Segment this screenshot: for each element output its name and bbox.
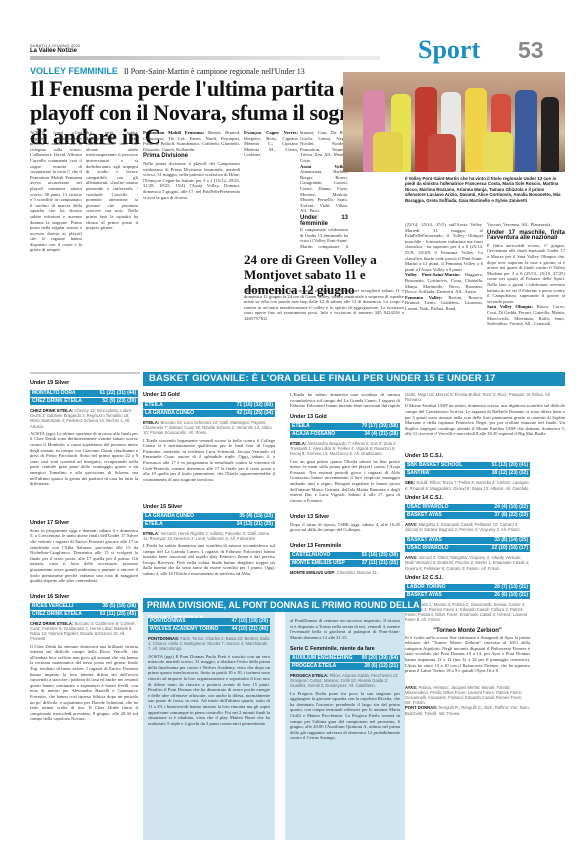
article-text: Il Chez Drink ha ottenuto domenica una b… — [30, 644, 138, 774]
team-score: 34 (4) (21) (28) — [364, 431, 398, 438]
team-name: ACAJA FOSSANO — [292, 431, 335, 438]
scoreboard-u15-csi: SBK BASKET SCHOOL51 (13) (20) (41) SANTH… — [405, 462, 530, 477]
league-heading: Under 13 Femminile — [290, 543, 400, 549]
scoreboard-u19: MONTALTO DORA61 (22) (31) (44) CHEZ DRIN… — [30, 390, 138, 405]
team-score: 35 (4) (15) (23) — [239, 513, 273, 520]
roster-head: Pramotton Mobili Fenusma: — [143, 130, 204, 135]
article-text: Dopo il turno di riposo, l'SBK oggi, sab… — [290, 522, 400, 540]
roster-text: Borgetto, Boris, Cignano Menetta C., Cip… — [244, 136, 298, 158]
score-row: LA GRANDA CUNEO35 (4) (15) (23) — [143, 513, 275, 520]
section-title: Sport — [418, 35, 480, 65]
roster-text: Alessandro Bragardo 7; Alfonsi 2; Duc 8;… — [290, 441, 397, 456]
score-row: PONTDONNAS47 (10) (19) (29) — [148, 618, 270, 625]
score-row: LA GRANDA CUNEO42 (10) (25) (34) — [143, 410, 275, 417]
article-text: L'Eteila ha subito domenica una sconfitt… — [290, 392, 400, 410]
team-photo — [343, 72, 565, 172]
roster-text: Jaccod 2; Obert; Margotta; Vicquery 4; A… — [405, 555, 529, 570]
team-name: BASKET AYAS — [407, 512, 442, 519]
masthead-paper-name: La Vallée Notizie — [30, 48, 77, 54]
team-name: LABOR TORINO — [407, 584, 446, 591]
league-heading: Under 15 C.S.I. — [405, 453, 565, 459]
team-score: 38 (5) (16) (28) — [102, 603, 136, 610]
scoreboard-u12-csi: LABOR TORINO28 (7) (13) (21) BASKET AYAS… — [405, 584, 530, 599]
team-name: LA GRANDA CUNEO — [145, 410, 194, 417]
team-name: RICES VERCELLI — [32, 603, 73, 610]
team-name: ETEILA — [145, 402, 163, 409]
team-score: 47 (10) (19) (29) — [232, 618, 268, 625]
team-name: CASTELNUOVO — [292, 552, 330, 559]
roster-text: binazzi, Cout, Da Ros, Girola, Lamat, Ne… — [300, 130, 348, 164]
roster-text: Annunziata, Barbier, Borgis, Borno, Casa… — [300, 169, 348, 213]
article-text: Si è svolta nello scorso fine settimana … — [405, 635, 530, 685]
team-name: CHEZ DRINK ETEILA — [32, 398, 82, 405]
score-row: PROGECA ETEILA28 (6) (12) (21) — [290, 663, 400, 670]
roster-head: Volley Pont-Saint-Martin: — [405, 272, 460, 277]
roster: MONTE EMILIUS UISP: Chimonto; Marone 11; — [290, 570, 400, 575]
scoreboard-u16: RICES VERCELLI38 (5) (16) (28) CHEZ DRIN… — [30, 603, 138, 618]
team-score: 33 (8) (14) (25) — [494, 537, 528, 544]
score-row: CHEZ DRINK ETEILA63 (11) (25) (45) — [30, 611, 138, 618]
article-text: Vaccari, Veronesi. All.: Planezzola. — [487, 222, 565, 228]
article-column-2: dra, però, subito definitivamente dei ri… — [86, 130, 138, 370]
score-row: CASTELNUOVO55 (16) (25) (38) — [290, 552, 400, 559]
league-heading: Under 17 Silver — [30, 520, 138, 526]
league-heading: Under 15 Silver — [143, 504, 275, 510]
article-text: L'Eteila vincendo largamente venerdì sco… — [143, 438, 275, 500]
article-text: Con un gran primo quarto l'Eteila sabato… — [290, 459, 400, 511]
article-column-3: Pramotton Mobili Fenusma: Beneti, Brunod… — [143, 130, 240, 250]
score-row: BASKET AYAS37 (8) (22) (23) — [405, 512, 530, 519]
subsection-heading: Under 17 maschile, finita l'avventura al… — [487, 231, 565, 242]
article-kicker: VOLLEY FEMMINILE Il Pont-Saint-Martin è … — [30, 66, 305, 76]
scoreboard-prima-divisione: PONTDONNAS47 (10) (19) (29) WOLVES ACADE… — [148, 618, 270, 633]
team-score: 52 (9) (23) (39) — [102, 398, 136, 405]
roster-head: Fenusma Volley: — [405, 295, 442, 300]
team-name: CHEZ DRINK ETEILA — [32, 611, 82, 618]
roster-head: MONTE EMILIUS UISP: — [290, 570, 336, 575]
score-row: AUXILIUM ENGINEERING90 (20) (39) (64) — [290, 655, 400, 662]
mid-basket-column-1: Under 15 Gold ETEILA71 (16) (32) (60) LA… — [143, 392, 275, 583]
article-text: Il Monte Emilius UISP ha subito, domenic… — [405, 403, 565, 449]
league-heading: Under 13 Gold — [290, 414, 400, 420]
roster: ETEILA: Vercanti; Hervé Rigollet 2; Adle… — [143, 531, 275, 541]
score-row: ETEILA34 (13) (21) (25) — [143, 521, 275, 528]
photo-caption: Il Volley Pont-Saint-Martin che ha vinto… — [405, 176, 565, 203]
page-number: 53 — [518, 37, 544, 64]
team-name: ETEILA — [145, 521, 163, 528]
roster-head: Sarà Volley Olimpia: — [487, 304, 533, 309]
roster: AYAS: Polizia; Hentsoc; Jacques Merlet; … — [405, 685, 530, 706]
team-name: BASKET AYAS — [407, 537, 442, 544]
team-score: 26 (6) (10) (21) — [494, 592, 528, 599]
scoreboard-u15-gold: ETEILA71 (16) (32) (60) LA GRANDA CUNEO4… — [143, 402, 275, 417]
score-row: ACAJA FOSSANO34 (4) (21) (28) — [290, 431, 400, 438]
team-score: 38 (12) (23) (32) — [492, 470, 528, 477]
kicker-category: VOLLEY FEMMINILE — [30, 66, 118, 76]
article-text: AOSTA (pgs) Le ultime speranze di access… — [30, 431, 138, 517]
team-score: 55 (16) (25) (38) — [362, 552, 398, 559]
section-divider — [30, 372, 140, 374]
team-score: 70 (17) (39) (58) — [362, 423, 398, 430]
team-score: 24 (4) (10) (22) — [494, 504, 528, 511]
league-heading: Under 14 C.S.I. — [405, 495, 565, 501]
team-score: 90 (20) (39) (64) — [362, 655, 398, 662]
roster: CHEZ DRINK ETEILA: Boccato 4; Calderone … — [30, 621, 138, 642]
roster: AYAS: Jaccod 2; Obert; Margotta; Vicquer… — [405, 555, 530, 571]
roster: AYAS: Saito 1; Munari 4; Polizia 2; Giov… — [405, 602, 530, 623]
roster: SBK: Sciulli; Pillon; Tezzo 7; Pellus 8;… — [405, 480, 530, 490]
roster-text: Saito 1; Munari 4; Polizia 2; Giovannell… — [405, 602, 527, 623]
roster: ETEILA: Alessandro Bragardo 7; Alfonsi 2… — [290, 441, 400, 457]
article-text: La Progeca Eteila pone fra poco la sua s… — [290, 691, 400, 801]
score-row: BASKET AYAS26 (6) (10) (21) — [405, 592, 530, 599]
score-row: SBK BASKET SCHOOL51 (13) (20) (41) — [405, 462, 530, 469]
score-row: ETEILA70 (17) (39) (58) — [290, 423, 400, 430]
green-volley-text: MONTJOVET (cnn) L'area sportiva di Berri… — [244, 288, 404, 370]
scoreboard-u15-silver: LA GRANDA CUNEO35 (4) (15) (23) ETEILA34… — [143, 513, 275, 528]
roster-text: Sciulli; Pillon; Tezzo 7; Pellus 8; Narr… — [405, 480, 530, 490]
team-name: PONTDONNAS — [150, 618, 186, 625]
team-name: MONTALTO DORA — [32, 390, 76, 397]
article-text: AOSTA (pgs) Il Pont Donnas Paolo Preti è… — [148, 654, 270, 829]
article-column-5: binazzi, Cout, Da Ros, Girola, Lamat, Ne… — [300, 130, 348, 250]
roster: ETEILA: Boccato 10; Luca Schenoni 10; Ga… — [143, 420, 275, 436]
scoreboard-u14-csi-2: BASKET AYAS33 (8) (14) (25) USAC RIVAROL… — [405, 537, 530, 552]
roster-text: Vercanti; Hervé Rigollet 2; Adletta; Pal… — [143, 531, 269, 541]
article-text: AOSTA (cnn) «Una stagione praticamente p… — [30, 130, 82, 252]
roster: PROGECA ETEILA: Pillon; Arianna Gaida; P… — [290, 673, 400, 689]
prima-divisione-col-2: al PontDonnas di centrare un successo in… — [290, 618, 400, 801]
score-row: SANTHIA'38 (12) (23) (32) — [405, 470, 530, 477]
roster-text: Boccato 10; Luca Schenoni 10; Galli; Man… — [143, 420, 272, 435]
team-score: 71 (16) (32) (60) — [237, 402, 273, 409]
article-text: dra, però, subito definitivamente dei ri… — [86, 130, 138, 230]
tournament-heading: "Torneo Monte Zerbion" — [405, 628, 530, 634]
roster: AYAS: Margotta 3; Emanuele Casali; Pelli… — [405, 522, 530, 532]
basket-banner: BASKET GIOVANILE: È L'ORA DELLE FINALI P… — [143, 372, 565, 386]
team-score: 22 (10) (16) (17) — [492, 545, 528, 552]
team-name: SBK BASKET SCHOOL — [407, 462, 462, 469]
article-column-4: Evançon Cogne Verrès: Borgetto, Boris, C… — [244, 130, 298, 250]
league-heading: Under 16 Silver — [30, 594, 138, 600]
roster-head: Evançon Cogne Verrès: — [244, 130, 298, 135]
league-heading: Under 19 Silver — [30, 380, 138, 386]
roster: PONT DONNAS: Rengulli R.; Rengulli G.; B… — [405, 705, 530, 715]
article-text: (25/14, 25/14, 25/5) sull'Aosta Volley. … — [405, 222, 483, 272]
team-score: 61 (22) (31) (44) — [100, 390, 136, 397]
left-basket-column: Under 19 Silver MONTALTO DORA61 (22) (31… — [30, 380, 138, 774]
prima-divisione-col-1: PONTDONNAS47 (10) (19) (29) WOLVES ACADE… — [148, 618, 270, 829]
right-basket-column: Gatto; Negri 16; Mazzei 8; Fiorisa Bulle… — [405, 392, 565, 716]
roster: PONTDONNAS: Faris; Torino; Charles 2; Ba… — [148, 636, 270, 652]
article-text: È finita mercoledì scorso, 1° giugno, l'… — [487, 243, 565, 305]
kicker-subtitle: Il Pont-Saint-Martin è campione regional… — [124, 67, 305, 76]
masthead-divider — [30, 56, 380, 60]
score-row: BASKET AYAS33 (8) (14) (25) — [405, 537, 530, 544]
article-text: Nella prima divisione il playoff del Cam… — [143, 161, 240, 200]
league-heading: Under 12 C.S.I. — [405, 575, 565, 581]
right-column-b: Vaccari, Veronesi. All.: Planezzola. Und… — [487, 222, 565, 370]
article-column-1: AOSTA (cnn) «Una stagione praticamente p… — [30, 130, 82, 370]
team-name: SANTHIA' — [407, 470, 430, 477]
roster-head: Aosta Volley: — [300, 164, 348, 169]
score-row: RICES VERCELLI38 (5) (16) (28) — [30, 603, 138, 610]
league-heading: Under 13 Silver — [290, 514, 400, 520]
team-name: PROGECA ETEILA — [292, 663, 336, 670]
team-name: MONTE EMILIUS UISP — [292, 560, 345, 567]
roster-text: Gatto; Negri 16; Mazzei 8; Fiorisa Bulle… — [405, 392, 565, 402]
team-name: WOLVES ACADEMY TORINO — [150, 626, 218, 633]
prima-divisione-banner: PRIMA DIVISIONE, AL PONT DONNAS IL PRIMO… — [143, 598, 421, 612]
subsection-heading: Under 13 femminile — [300, 216, 348, 227]
article-text: al PontDonnas di centrare un successo in… — [290, 618, 400, 642]
mid-basket-column-2: L'Eteila ha subito domenica una sconfitt… — [290, 392, 400, 575]
league-heading: Serie C Femminile, niente da fare — [290, 646, 400, 652]
subsection-heading: Prima Divisione — [143, 154, 240, 160]
article-text: L'Eteila ha subito domenica una sconfitt… — [143, 543, 275, 583]
article-text: Sono in programma oggi e domani, sabato … — [30, 528, 138, 590]
team-score: 44 (10) (21) (40) — [232, 626, 268, 633]
scoreboard-serie-c: AUXILIUM ENGINEERING90 (20) (39) (64) PR… — [290, 655, 400, 670]
score-row: USAC RIVAROLO24 (4) (10) (22) — [405, 504, 530, 511]
score-row: ETEILA71 (16) (32) (60) — [143, 402, 275, 409]
under13-continuation — [244, 234, 404, 250]
team-score: 42 (10) (25) (34) — [237, 410, 273, 417]
team-name: USAC RIVAROLO — [407, 504, 449, 511]
roster-text: Chimonto; Marone 11; — [337, 570, 378, 575]
score-row: WOLVES ACADEMY TORINO44 (10) (21) (40) — [148, 626, 270, 633]
team-score: 28 (7) (13) (21) — [494, 584, 528, 591]
team-score: 37 (8) (22) (23) — [494, 512, 528, 519]
league-heading: Under 15 Gold — [143, 392, 275, 398]
team-score: 37 (11) (21) (25) — [362, 560, 398, 567]
team-score: 51 (13) (20) (41) — [492, 462, 528, 469]
team-name: LA GRANDA CUNEO — [145, 513, 194, 520]
team-score: 28 (6) (12) (21) — [364, 663, 398, 670]
team-name: AUXILIUM ENGINEERING — [292, 655, 353, 662]
team-score: 34 (13) (21) (25) — [237, 521, 273, 528]
scoreboard-u13-femminile: CASTELNUOVO55 (16) (25) (38) MONTE EMILI… — [290, 552, 400, 567]
roster-text: Margotta 3; Emanuele Casali; Pellissier … — [405, 522, 521, 532]
score-row: LABOR TORINO28 (7) (13) (21) — [405, 584, 530, 591]
article-text: MONTJOVET (cnn) L'area sportiva di Berri… — [244, 288, 404, 321]
score-row: MONTALTO DORA61 (22) (31) (44) — [30, 390, 138, 397]
score-row: MONTE EMILIUS UISP37 (11) (21) (25) — [290, 560, 400, 567]
scoreboard-u14-csi-1: USAC RIVAROLO24 (4) (10) (22) BASKET AYA… — [405, 504, 530, 519]
score-row: CHEZ DRINK ETEILA52 (9) (23) (39) — [30, 398, 138, 405]
team-name: USAC RIVAROLO — [407, 545, 449, 552]
roster-text: Polizia; Hentsoc; Jacques Merlet; Munari… — [405, 685, 523, 706]
team-score: 63 (11) (25) (45) — [100, 611, 136, 618]
team-name: ETEILA — [292, 423, 310, 430]
score-row: USAC RIVAROLO22 (10) (16) (17) — [405, 545, 530, 552]
right-column-a: (25/14, 25/14, 25/5) sull'Aosta Volley. … — [405, 222, 483, 370]
roster: CHEZ DRINK ETEILA: Cheney 12; Broccolett… — [30, 408, 138, 429]
scoreboard-u13-gold: ETEILA70 (17) (39) (58) ACAJA FOSSANO34 … — [290, 423, 400, 438]
